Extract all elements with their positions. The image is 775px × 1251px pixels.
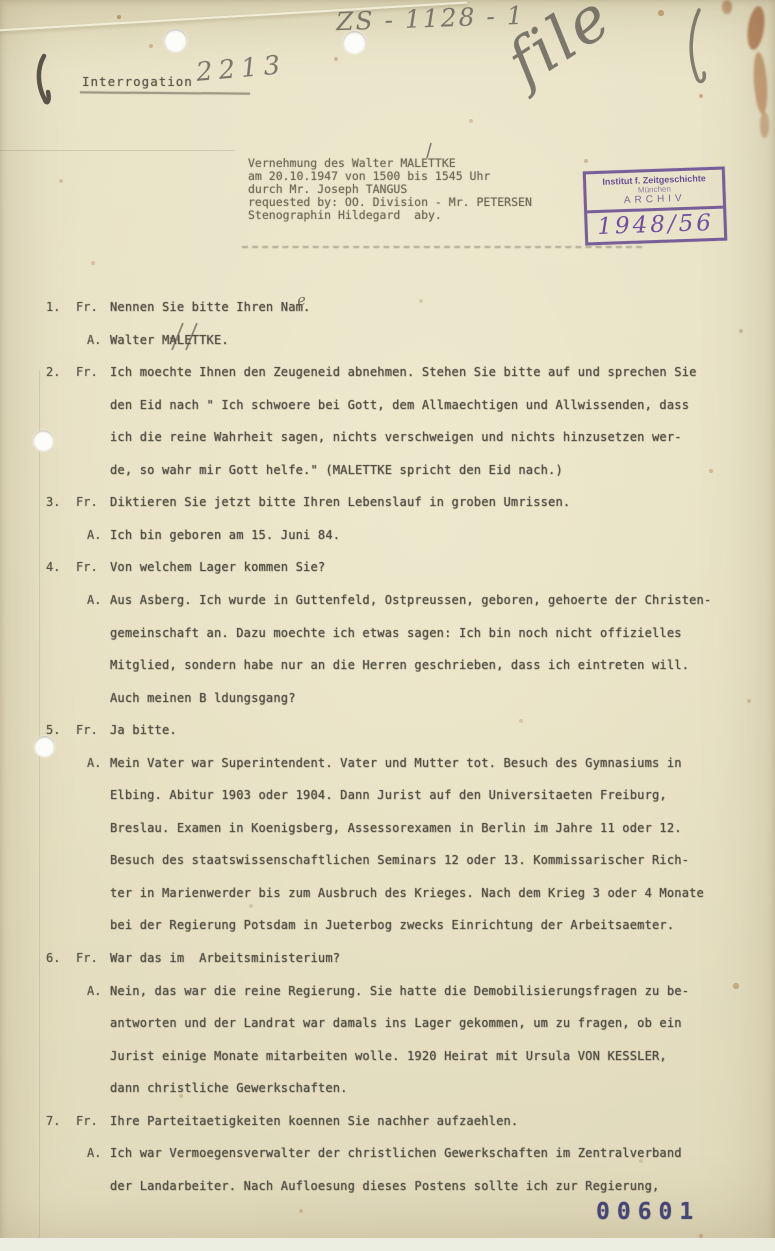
transcript-line: War das im Arbeitsministerium? (110, 951, 340, 965)
question-number: 1. (46, 300, 60, 314)
transcript-line: Mitglied, sondern habe nur an die Herren… (110, 658, 689, 672)
transcript-line: Nein, das war die reine Regierung. Sie h… (110, 984, 689, 998)
transcript-row: dann christliche Gewerkschaften. (0, 1081, 775, 1101)
transcript-row: Jurist einige Monate mitarbeiten wolle. … (0, 1049, 775, 1069)
transcript-line: Besuch des staatswissenschaftlichen Semi… (110, 853, 689, 867)
transcript-row: Mitglied, sondern habe nur an die Herren… (0, 658, 775, 678)
transcript-line: Elbing. Abitur 1903 oder 1904. Dann Juri… (110, 788, 667, 802)
question-number: 6. (46, 951, 60, 965)
transcript-line: antworten und der Landrat war damals ins… (110, 1016, 682, 1030)
transcript-line: den Eid nach " Ich schwoere bei Gott, de… (110, 398, 689, 412)
speaker-label: A. (87, 333, 101, 347)
transcript-line: Nennen Sie bitte Ihren Nam. (110, 300, 310, 314)
transcript-row: Breslau. Examen in Koenigsberg, Assessor… (0, 821, 775, 841)
margin-pencil-mark (39, 56, 49, 102)
transcript-line: Von welchem Lager kommen Sie? (110, 560, 325, 574)
speaker-label: Fr. (76, 495, 98, 509)
transcript-row: A.Ich bin geboren am 15. Juni 84. (0, 528, 775, 548)
transcript-line: Ich war Vermoegensverwalter der christli… (110, 1146, 682, 1160)
transcript-line: Breslau. Examen in Koenigsberg, Assessor… (110, 821, 682, 835)
rust-stain (745, 5, 767, 51)
rust-stain (722, 0, 732, 14)
transcript-line: Aus Asberg. Ich wurde in Guttenfeld, Ost… (110, 593, 711, 607)
header-line: durch Mr. Joseph TANGUS (248, 183, 578, 196)
transcript-line: bei der Regierung Potsdam in Jueterbog z… (110, 918, 674, 932)
corner-pencil-stroke (691, 10, 704, 81)
punch-hole (164, 29, 187, 52)
header-line: Vernehmung des Walter MALETTKE (248, 157, 578, 170)
fold-line-horizontal (0, 150, 235, 151)
transcript-row: ter in Marienwerder bis zum Ausbruch des… (0, 886, 775, 906)
label-underline (80, 91, 250, 94)
transcript-row: antworten und der Landrat war damals ins… (0, 1016, 775, 1036)
speaker-label: Fr. (76, 951, 98, 965)
transcript-row: A.Mein Vater war Superintendent. Vater u… (0, 756, 775, 776)
transcript-line: Ihre Parteitaetigkeiten koennen Sie nach… (110, 1114, 518, 1128)
rust-stain (760, 112, 769, 138)
speaker-label: A. (87, 984, 101, 998)
header-line: requested by: OO. Division - Mr. PETERSE… (248, 196, 578, 209)
transcript-line: Diktieren Sie jetzt bitte Ihren Lebensla… (110, 495, 570, 509)
scan-edge (0, 1238, 775, 1251)
transcript-row: Elbing. Abitur 1903 oder 1904. Dann Juri… (0, 788, 775, 808)
question-number: 4. (46, 560, 60, 574)
archive-ref-handwriting: ZS - 1128 - 1 (336, 1, 526, 37)
header-line: am 20.10.1947 von 1500 bis 1545 Uhr (248, 170, 578, 183)
transcript-line: Jurist einige Monate mitarbeiten wolle. … (110, 1049, 667, 1063)
speaker-label: A. (87, 1146, 101, 1160)
transcript-line: gemeinschaft an. Dazu moechte ich etwas … (110, 626, 682, 640)
interrogation-label: Interrogation (82, 74, 193, 89)
transcript-row: Besuch des staatswissenschaftlichen Semi… (0, 853, 775, 873)
transcript-row: 1.Fr.Nennen Sie bitte Ihren Nam. (0, 300, 775, 320)
transcript-row: 7.Fr.Ihre Parteitaetigkeiten koennen Sie… (0, 1114, 775, 1134)
transcript-row: Auch meinen B ldungsgang? (0, 691, 775, 711)
question-number: 7. (46, 1114, 60, 1128)
transcript-line: dann christliche Gewerkschaften. (110, 1081, 348, 1095)
transcript-line: Ja bitte. (110, 723, 177, 737)
archive-stamp: Institut f. Zeitgeschichte München ARCHI… (583, 167, 727, 246)
transcript-row: A.Ich war Vermoegensverwalter der christ… (0, 1146, 775, 1166)
transcript-row: A.Aus Asberg. Ich wurde in Guttenfeld, O… (0, 593, 775, 613)
transcript-row: A.Nein, das war die reine Regierung. Sie… (0, 984, 775, 1004)
rust-stain (752, 52, 769, 115)
transcript-row: 6.Fr.War das im Arbeitsministerium? (0, 951, 775, 971)
speaker-label: Fr. (76, 560, 98, 574)
transcript-row: 3.Fr.Diktieren Sie jetzt bitte Ihren Leb… (0, 495, 775, 515)
transcript-line: Ich bin geboren am 15. Juni 84. (110, 528, 340, 542)
transcript-line: Walter MALETTKE. (110, 333, 229, 347)
speaker-label: A. (87, 593, 101, 607)
transcript-line: ter in Marienwerder bis zum Ausbruch des… (110, 886, 704, 900)
transcript-row: de, so wahr mir Gott helfe." (MALETTKE s… (0, 463, 775, 483)
question-number: 3. (46, 495, 60, 509)
transcript-line: Ich moechte Ihnen den Zeugeneid abnehmen… (110, 365, 697, 379)
speaker-label: Fr. (76, 365, 98, 379)
page-number-stamp: 00601 (596, 1199, 700, 1225)
speaker-label: A. (87, 756, 101, 770)
header-line: Stenographin Hildegard aby. (248, 209, 578, 222)
transcript-line: Mein Vater war Superintendent. Vater und… (110, 756, 682, 770)
transcript-row: 5.Fr.Ja bitte. (0, 723, 775, 743)
transcript-line: Auch meinen B ldungsgang? (110, 691, 296, 705)
transcript-row: 4.Fr.Von welchem Lager kommen Sie? (0, 560, 775, 580)
interrogation-header: Vernehmung des Walter MALETTKEam 20.10.1… (248, 157, 578, 222)
transcript-row: 2.Fr.Ich moechte Ihnen den Zeugeneid abn… (0, 365, 775, 385)
transcript-row: bei der Regierung Potsdam in Jueterbog z… (0, 918, 775, 938)
question-number: 5. (46, 723, 60, 737)
transcript-row: gemeinschaft an. Dazu moechte ich etwas … (0, 626, 775, 646)
transcript-line: de, so wahr mir Gott helfe." (MALETTKE s… (110, 463, 563, 477)
transcript-line: der Landarbeiter. Nach Aufloesung dieses… (110, 1179, 659, 1193)
speaker-label: Fr. (76, 1114, 98, 1128)
paper-speckles (0, 0, 2, 2)
typed-divider (242, 246, 642, 248)
question-number: 2. (46, 365, 60, 379)
transcript-line: ich die reine Wahrheit sagen, nichts ver… (110, 430, 682, 444)
speaker-label: Fr. (76, 300, 98, 314)
speaker-label: Fr. (76, 723, 98, 737)
document-page: ZS - 1128 - 1 Interrogation 2213 file e … (0, 0, 775, 1251)
speaker-label: A. (87, 528, 101, 542)
transcript-row: der Landarbeiter. Nach Aufloesung dieses… (0, 1179, 775, 1199)
doc-number-handwriting: 2213 (195, 50, 287, 88)
transcript-row: ich die reine Wahrheit sagen, nichts ver… (0, 430, 775, 450)
stamp-accession-number: 1948/56 (587, 206, 724, 243)
transcript-row: den Eid nach " Ich schwoere bei Gott, de… (0, 398, 775, 418)
transcript-row: A.Walter MALETTKE. (0, 333, 775, 353)
